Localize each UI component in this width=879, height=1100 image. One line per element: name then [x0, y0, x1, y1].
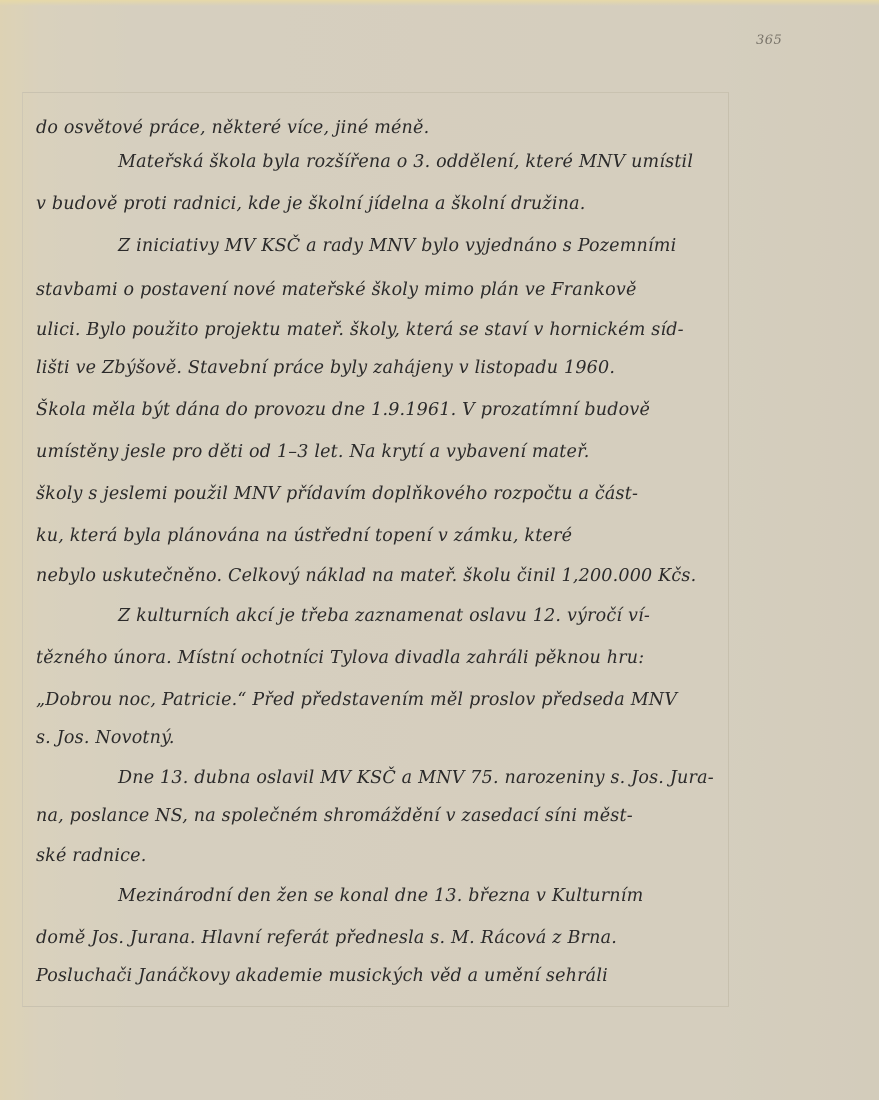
text-line: Posluchači Janáčkovy akademie musických … — [36, 966, 608, 1006]
text-line: Mezinárodní den žen se konal dne 13. bře… — [118, 886, 643, 926]
text-line: Škola měla být dána do provozu dne 1.9.1… — [36, 400, 650, 440]
text-line: Z iniciativy MV KSČ a rady MNV bylo vyje… — [118, 236, 676, 276]
text-line: stavbami o postavení nové mateřské školy… — [36, 280, 637, 320]
text-line: v budově proti radnici, kde je školní jí… — [36, 194, 586, 234]
text-line: nebylo uskutečněno. Celkový náklad na ma… — [36, 566, 696, 606]
text-line: na, poslance NS, na společném shromážděn… — [36, 806, 633, 846]
text-line: Z kulturních akcí je třeba zaznamenat os… — [118, 606, 650, 646]
text-line: Mateřská škola byla rozšířena o 3. odděl… — [118, 152, 693, 192]
text-line: umístěny jesle pro děti od 1–3 let. Na k… — [36, 442, 590, 482]
text-line: lišti ve Zbýšově. Stavební práce byly za… — [36, 358, 615, 398]
text-line: ulici. Bylo použito projektu mateř. škol… — [36, 320, 684, 360]
text-line: Dne 13. dubna oslavil MV KSČ a MNV 75. n… — [118, 768, 714, 808]
text-line: s. Jos. Novotný. — [36, 728, 175, 768]
page-number: 365 — [756, 33, 782, 48]
text-line: ské radnice. — [36, 846, 147, 886]
text-line: „Dobrou noc, Patricie.“ Před představení… — [36, 690, 677, 730]
text-line: školy s jeslemi použil MNV přídavím dopl… — [36, 484, 638, 524]
text-line: tězného února. Místní ochotníci Tylova d… — [36, 648, 644, 688]
text-line: domě Jos. Jurana. Hlavní referát přednes… — [36, 928, 617, 968]
chronicle-page: 365 do osvětové práce, některé více, jin… — [0, 0, 879, 1100]
text-line: ku, která byla plánována na ústřední top… — [36, 526, 572, 566]
